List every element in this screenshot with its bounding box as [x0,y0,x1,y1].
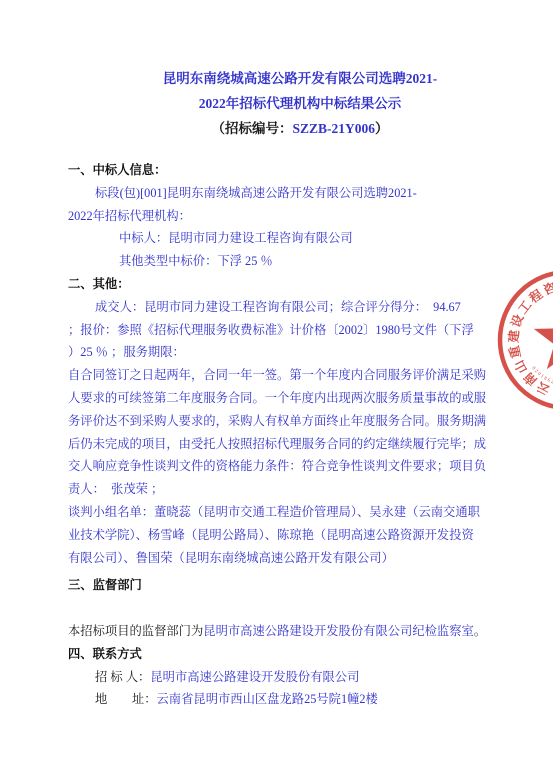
document-page: 昆明东南绕城高速公路开发有限公司选聘2021- 2022年招标代理机构中标结果公… [0,0,553,782]
body-line: 谈判小组名单：董晓蕊（昆明市交通工程造价管理局）、吴永建（云南交通职 [68,501,502,524]
bidder-value: 昆明市高速公路建设开发股份有限公司 [150,670,359,684]
body-line: 交人响应竞争性谈判文件的资格能力条件：符合竞争性谈判文件要求；项目负 [68,455,502,478]
body-line: 中标人：昆明市同力建设工程咨询有限公司 [68,227,502,250]
document-title: 昆明东南绕城高速公路开发有限公司选聘2021- 2022年招标代理机构中标结果公… [66,66,534,141]
section-heading-winner: 一、中标人信息： [68,159,502,182]
section-heading-other: 二、其他： [68,273,502,296]
contact-bidder-line: 招 标 人：昆明市高速公路建设开发股份有限公司 [68,666,502,689]
body-line: 后仍未完成的项目，由受托人按照招标代理服务合同的约定继续履行完毕；成 [68,433,502,456]
document-body: 一、中标人信息： 标段(包)[001]昆明东南绕城高速公路开发有限公司选聘202… [68,159,502,711]
body-line: 其他类型中标价：下浮 25 ％ [68,250,502,273]
address-label: 地 址： [95,692,157,706]
seal-star-icon [534,304,553,369]
supervision-department: 昆明市高速公路建设开发股份有限公司纪检监察室 [203,624,474,638]
seal-arc-text: 云南山重建设工程咨询有限公司 [506,278,553,397]
title-line-2: 2022年招标代理机构中标结果公示 [66,91,534,116]
body-line: 成交人：昆明市同力建设工程咨询有限公司；综合评分得分： 94.67 [68,296,502,319]
body-line: 务评价达不到采购人要求的，采购人有权单方面终止年度服务合同。服务期满 [68,410,502,433]
supervision-prefix: 本招标项目的监督部门为 [68,624,203,638]
body-line: 标段(包)[001]昆明东南绕城高速公路开发有限公司选聘2021- [68,182,502,205]
body-line: 业技术学院）、杨雪峰（昆明公路局）、陈琼艳（昆明高速公路资源开发投资 [68,524,502,547]
contact-address-line: 地 址：云南省昆明市西山区盘龙路25号院1幢2楼 [68,688,502,711]
seal-serial-number: 8201862210 [530,366,553,388]
tender-number-close: ） [375,121,389,136]
body-line: ）25 ％ ；服务期限： [68,341,502,364]
supervision-line: 本招标项目的监督部门为昆明市高速公路建设开发股份有限公司纪检监察室。 [68,620,502,643]
supervision-suffix: 。 [474,624,486,638]
body-line: ；报价：参照《招标代理服务收费标准》计价格〔2002〕1980号文件（下浮 [68,319,502,342]
body-line: 人要求的可续签第二年度服务合同。一个年度内出现两次服务质量事故的或服 [68,387,502,410]
section-heading-supervision: 三、监督部门 [68,574,502,597]
tender-number-line: （招标编号：SZZB-21Y006） [66,116,534,141]
body-line: 有限公司）、鲁国荣（昆明东南绕城高速公路开发有限公司） [68,547,502,570]
title-line-1: 昆明东南绕城高速公路开发有限公司选聘2021- [66,66,534,91]
bidder-label: 招 标 人： [95,670,150,684]
section-heading-contact: 四、联系方式 [68,643,502,666]
body-line: 自合同签订之日起两年，合同一年一签。第一个年度内合同服务评价满足采购 [68,364,502,387]
tender-number-value: SZZB-21Y006 [292,121,375,136]
address-value: 云南省昆明市西山区盘龙路25号院1幢2楼 [157,692,378,706]
body-line: 2022年招标代理机构： [68,205,502,228]
tender-number-label: （招标编号： [211,121,292,136]
body-line: 责人： 张茂荣 ； [68,478,502,501]
seal-outer-ring [500,272,553,408]
